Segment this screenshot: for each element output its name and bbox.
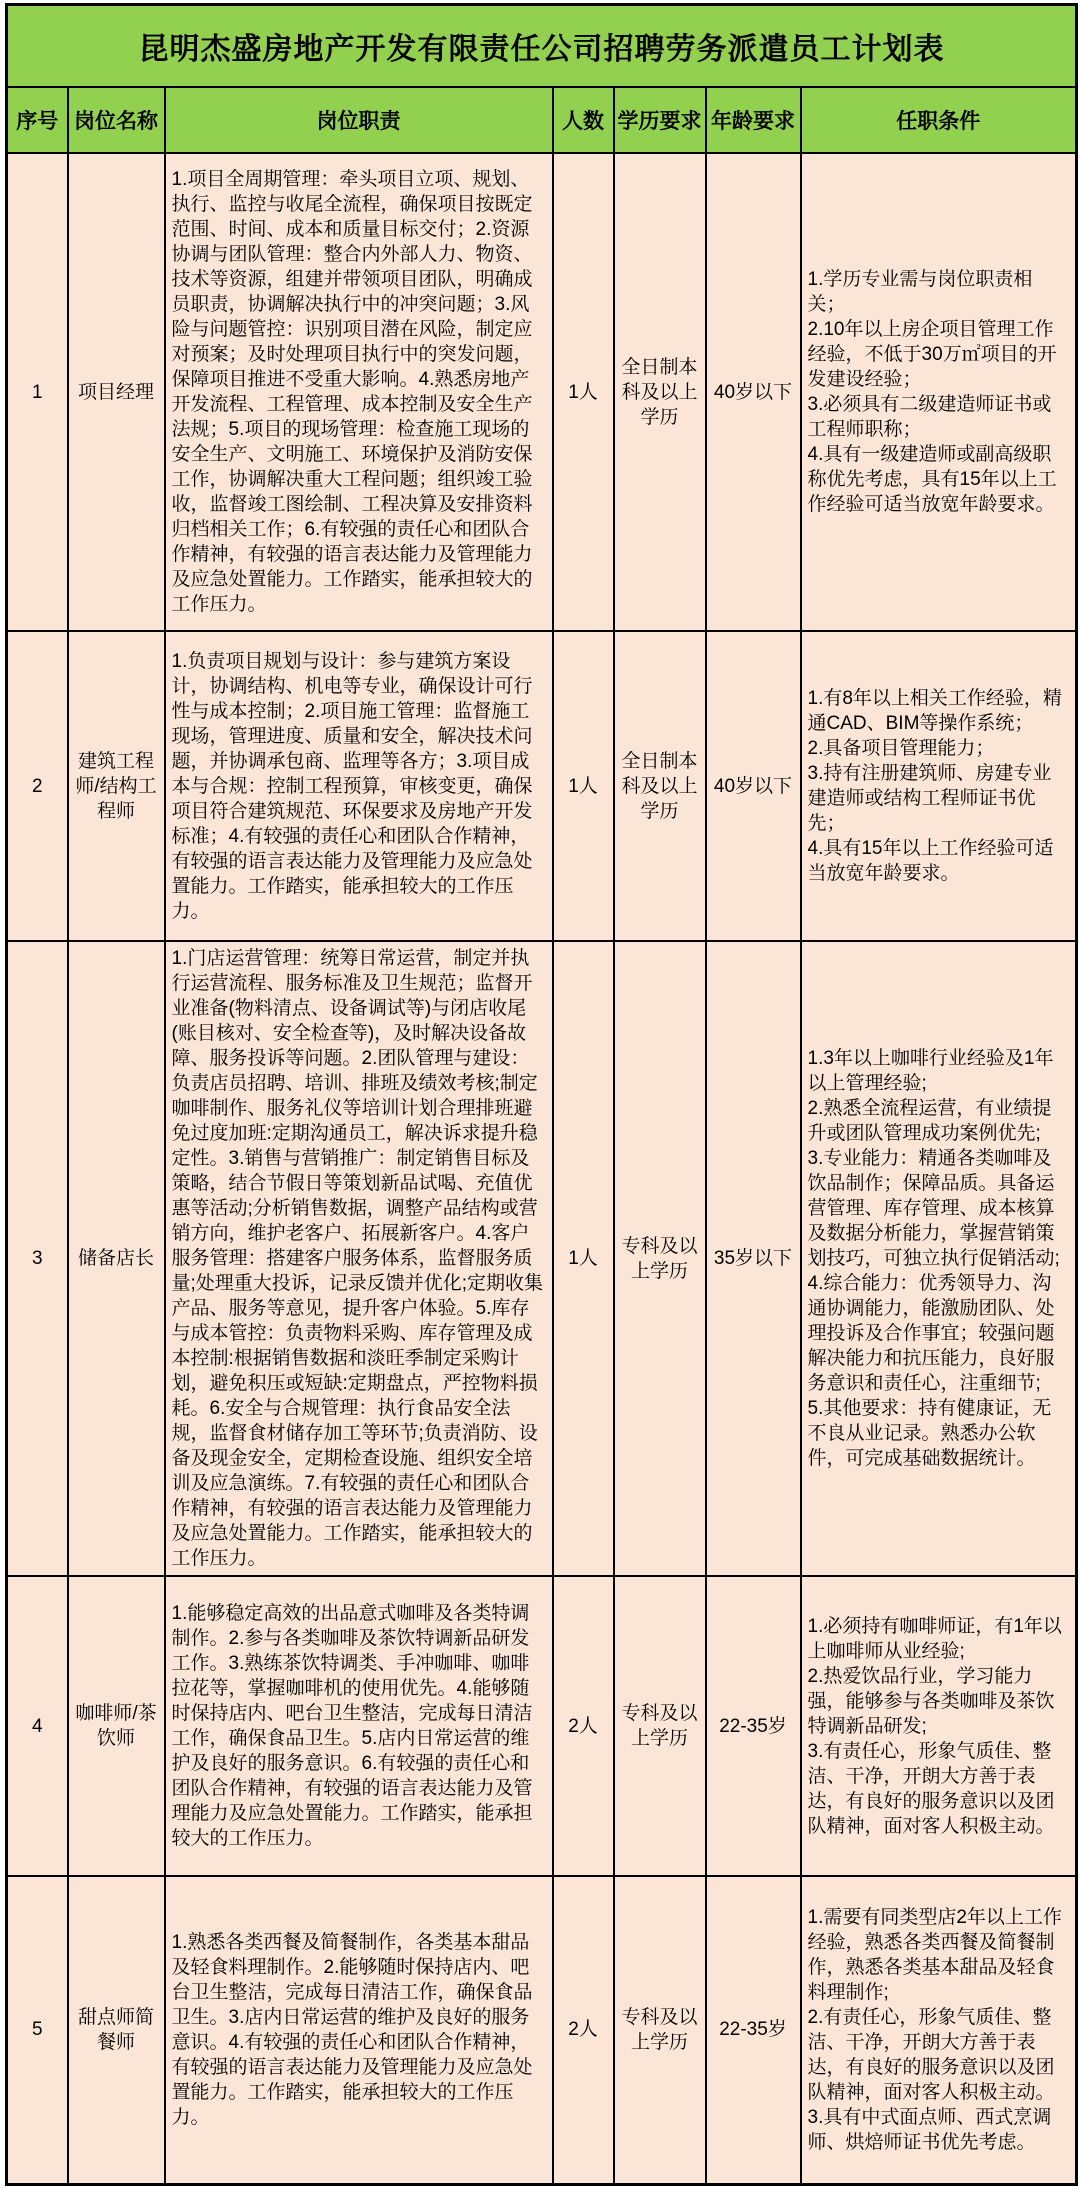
table-row-reserve-store-manager: 3 储备店长 1.门店运营管理：统筹日常运营，制定并执行运营流程、服务标准及卫生… (7, 941, 1077, 1576)
cell-requirements: 1.3年以上咖啡行业经验及1年以上管理经验; 2.熟悉全流程运营，有业绩提升或团… (801, 941, 1077, 1576)
cell-duties: 1.熟悉各类西餐及简餐制作，各类基本甜品及轻食料理制作。2.能够随时保持店内、吧… (165, 1876, 553, 2184)
cell-requirements: 1.需要有同类型店2年以上工作经验，熟悉各类西餐及简餐制作，熟悉各类基本甜品及轻… (801, 1876, 1077, 2184)
col-header-position: 岗位名称 (68, 87, 165, 153)
cell-seq: 5 (7, 1876, 68, 2184)
page-title: 昆明杰盛房地产开发有限责任公司招聘劳务派遣员工计划表 (7, 5, 1077, 88)
table-row-project-manager: 1 项目经理 1.项目全周期管理：牵头项目立项、规划、执行、监控与收尾全流程，确… (7, 153, 1077, 631)
cell-position: 储备店长 (68, 941, 165, 1576)
cell-age: 35岁以下 (706, 941, 801, 1576)
cell-requirements: 1.有8年以上相关工作经验，精通CAD、BIM等操作系统； 2.具备项目管理能力… (801, 631, 1077, 941)
cell-seq: 1 (7, 153, 68, 631)
cell-position: 咖啡师/茶饮师 (68, 1576, 165, 1876)
page: { "title": "昆明杰盛房地产开发有限责任公司招聘劳务派遣员工计划表",… (0, 0, 1080, 2189)
table-row-pastry-chef: 5 甜点师简餐师 1.熟悉各类西餐及简餐制作，各类基本甜品及轻食料理制作。2.能… (7, 1876, 1077, 2184)
cell-position: 甜点师简餐师 (68, 1876, 165, 2184)
cell-headcount: 2人 (553, 1576, 614, 1876)
col-header-duties: 岗位职责 (165, 87, 553, 153)
col-header-requirements: 任职条件 (801, 87, 1077, 153)
col-header-education: 学历要求 (614, 87, 706, 153)
cell-age: 22-35岁 (706, 1576, 801, 1876)
col-header-headcount: 人数 (553, 87, 614, 153)
cell-requirements: 1.学历专业需与岗位职责相关； 2.10年以上房企项目管理工作经验，不低于30万… (801, 153, 1077, 631)
title-row: 昆明杰盛房地产开发有限责任公司招聘劳务派遣员工计划表 (7, 5, 1077, 88)
cell-education: 专科及以上学历 (614, 1576, 706, 1876)
cell-requirements: 1.必须持有咖啡师证，有1年以上咖啡师从业经验; 2.热爱饮品行业，学习能力强，… (801, 1576, 1077, 1876)
cell-position: 项目经理 (68, 153, 165, 631)
cell-seq: 2 (7, 631, 68, 941)
cell-duties: 1.能够稳定高效的出品意式咖啡及各类特调制作。2.参与各类咖啡及茶饮特调新品研发… (165, 1576, 553, 1876)
cell-position: 建筑工程师/结构工程师 (68, 631, 165, 941)
cell-seq: 4 (7, 1576, 68, 1876)
cell-duties: 1.门店运营管理：统筹日常运营，制定并执行运营流程、服务标准及卫生规范；监督开业… (165, 941, 553, 1576)
col-header-seq: 序号 (7, 87, 68, 153)
cell-headcount: 1人 (553, 153, 614, 631)
cell-education: 全日制本科及以上学历 (614, 631, 706, 941)
column-header-row: 序号 岗位名称 岗位职责 人数 学历要求 年龄要求 任职条件 (7, 87, 1077, 153)
cell-education: 专科及以上学历 (614, 1876, 706, 2184)
table-row-construction-engineer: 2 建筑工程师/结构工程师 1.负责项目规划与设计：参与建筑方案设计，协调结构、… (7, 631, 1077, 941)
cell-education: 专科及以上学历 (614, 941, 706, 1576)
recruitment-plan-table: 昆明杰盛房地产开发有限责任公司招聘劳务派遣员工计划表 序号 岗位名称 岗位职责 … (5, 3, 1078, 2186)
cell-age: 22-35岁 (706, 1876, 801, 2184)
col-header-age: 年龄要求 (706, 87, 801, 153)
cell-headcount: 1人 (553, 941, 614, 1576)
cell-headcount: 2人 (553, 1876, 614, 2184)
cell-age: 40岁以下 (706, 153, 801, 631)
cell-headcount: 1人 (553, 631, 614, 941)
cell-duties: 1.项目全周期管理：牵头项目立项、规划、执行、监控与收尾全流程，确保项目按既定范… (165, 153, 553, 631)
cell-seq: 3 (7, 941, 68, 1576)
table-row-barista: 4 咖啡师/茶饮师 1.能够稳定高效的出品意式咖啡及各类特调制作。2.参与各类咖… (7, 1576, 1077, 1876)
cell-duties: 1.负责项目规划与设计：参与建筑方案设计，协调结构、机电等专业，确保设计可行性与… (165, 631, 553, 941)
cell-education: 全日制本科及以上学历 (614, 153, 706, 631)
cell-age: 40岁以下 (706, 631, 801, 941)
